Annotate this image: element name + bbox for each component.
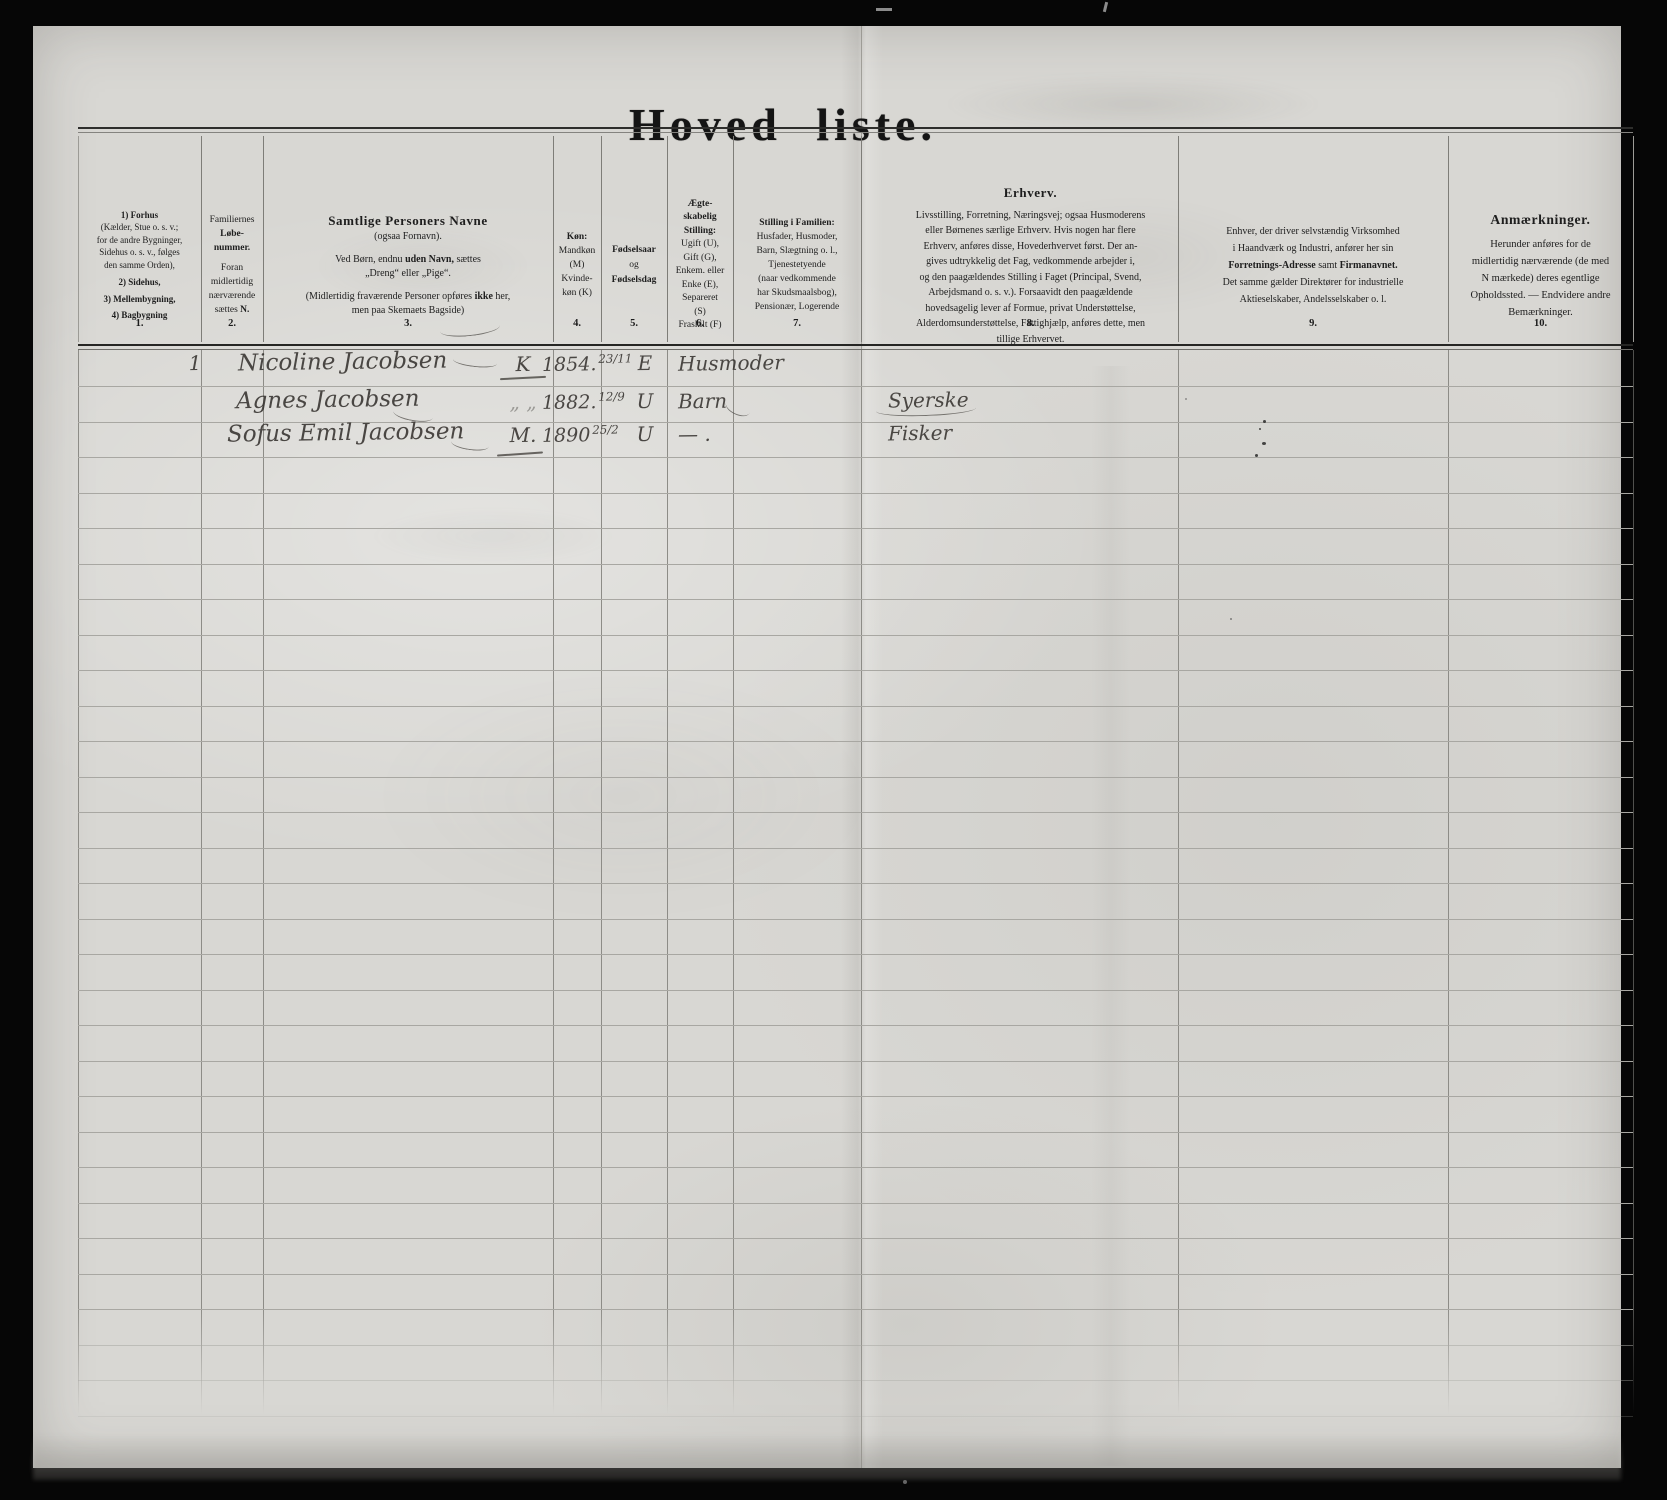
ink-speck bbox=[1263, 420, 1266, 423]
column-header-navne: Samtlige Personers Navne(ogsaa Fornavn).… bbox=[263, 162, 553, 368]
header-line: Ugift (U), bbox=[681, 238, 719, 252]
entry-navn: Sofus Emil Jacobsen bbox=[227, 418, 465, 447]
header-line: Ved Børn, endnu uden Navn, sættes bbox=[335, 253, 481, 268]
table-row-line bbox=[78, 670, 1633, 671]
table-row-line bbox=[78, 1345, 1633, 1346]
header-line: Enhver, der driver selvstændig Virksomhe… bbox=[1226, 223, 1400, 240]
header-line: Erhverv, anføres disse, Hovederhvervet f… bbox=[924, 239, 1138, 255]
entry-stilling-i-familien: — . bbox=[678, 422, 711, 446]
header-line: sættes N. bbox=[215, 303, 250, 317]
table-row-line bbox=[78, 1309, 1633, 1310]
header-line: Erhverv. bbox=[1004, 183, 1058, 203]
header-line: Fødselsdag bbox=[612, 273, 657, 288]
header-line: Stilling i Familien: bbox=[759, 216, 834, 230]
column-divider-header bbox=[1633, 136, 1634, 342]
entry-navn: Nicoline Jacobsen bbox=[238, 348, 448, 377]
table-row-line bbox=[78, 883, 1633, 884]
entry-stilling-i-familien: Husmoder bbox=[678, 350, 784, 375]
column-number: 7. bbox=[733, 318, 861, 329]
column-header-erhverv: Erhverv.Livsstilling, Forretning, Næring… bbox=[883, 162, 1178, 368]
column-divider-body bbox=[733, 350, 734, 1414]
column-divider-body bbox=[263, 350, 264, 1414]
ink-speck bbox=[1262, 442, 1266, 445]
header-line: Opholdssted. — Endvidere andre bbox=[1471, 287, 1611, 304]
column-divider-body bbox=[861, 350, 862, 1414]
bottom-edge-blur bbox=[33, 1434, 1621, 1480]
column-header-kon: Køn:Mandkøn(M)Kvinde-køn (K) bbox=[553, 162, 601, 368]
header-line: nærværende bbox=[209, 289, 255, 303]
table-row-line bbox=[78, 493, 1633, 494]
table-row-line bbox=[78, 1380, 1633, 1381]
column-number: 8. bbox=[883, 318, 1178, 329]
header-line: hovedsagelig lever af Formue, privat Und… bbox=[925, 301, 1135, 317]
column-number: 2. bbox=[201, 318, 263, 329]
header-line: nummer. bbox=[214, 241, 250, 255]
scan-artifact bbox=[903, 1480, 907, 1484]
entry-aegteskabelig-stand: U bbox=[628, 422, 662, 446]
column-header-lobenummer: FamiliernesLøbe-nummer.Foranmidlertidign… bbox=[201, 162, 263, 368]
header-line: Forretnings-Adresse samt Firmanavnet. bbox=[1228, 257, 1397, 274]
entry-stilling-i-familien: Barn bbox=[678, 389, 727, 414]
header-line: Fødselsaar bbox=[612, 243, 656, 258]
column-header-stilling-i-familien: Stilling i Familien:Husfader, Husmoder,B… bbox=[733, 162, 861, 368]
header-line: (S) bbox=[694, 306, 706, 320]
table-row-line bbox=[78, 1238, 1633, 1239]
column-number: 9. bbox=[1178, 318, 1448, 329]
entry-fodsel: 189025/2 bbox=[542, 422, 619, 446]
column-number: 5. bbox=[601, 318, 667, 329]
table-row-line bbox=[78, 1061, 1633, 1062]
header-line: midlertidig nærværende (de med bbox=[1472, 253, 1609, 270]
header-line: gives udtrykkelig det Fag, vedkommende a… bbox=[926, 254, 1135, 270]
header-line: Familiernes bbox=[210, 213, 255, 227]
document-title: Hoved liste. bbox=[78, 98, 1488, 151]
column-divider-body bbox=[1178, 350, 1179, 1414]
secondary-fold-shadow bbox=[1091, 366, 1131, 1466]
column-divider-body bbox=[601, 350, 602, 1414]
header-line: Arbejdsmand o. s. v.). Forsaavidt den pa… bbox=[928, 285, 1132, 301]
entry-kon: „ „ bbox=[500, 390, 546, 415]
table-row-line bbox=[78, 1274, 1633, 1275]
header-line: Enkem. eller bbox=[676, 265, 725, 279]
bleedthrough-smudge bbox=[363, 506, 623, 566]
entry-kon: K bbox=[500, 352, 546, 377]
column-divider-header bbox=[861, 136, 862, 342]
header-line: Aktieselskaber, Andelsselskaber o. l. bbox=[1240, 291, 1387, 308]
entry-kon: M. bbox=[500, 423, 546, 448]
header-line: Mandkøn bbox=[559, 244, 595, 258]
column-header-anmaerkninger: Anmærkninger.Herunder anføres for demidl… bbox=[1448, 162, 1633, 368]
column-header-forretnings-adresse: Enhver, der driver selvstændig Virksomhe… bbox=[1178, 162, 1448, 368]
flourish-after-barn bbox=[723, 395, 753, 419]
column-number: 3. bbox=[263, 318, 553, 329]
column-divider-body bbox=[1633, 350, 1634, 1414]
ink-speck bbox=[1259, 428, 1261, 430]
header-line: N mærkede) deres egentlige bbox=[1481, 270, 1599, 287]
paper-sheet: Hoved liste. 1) Forhus(Kælder, Stue o. s… bbox=[33, 26, 1621, 1468]
underline-kon-K bbox=[500, 376, 546, 380]
top-rule-thin bbox=[78, 132, 1633, 133]
column-header-fodsel: FødselsaarogFødselsdag bbox=[601, 162, 667, 368]
table-row-line bbox=[78, 848, 1633, 849]
entry-aegteskabelig-stand: U bbox=[628, 389, 662, 413]
header-line: skabelig bbox=[683, 211, 716, 225]
header-line: Det samme gælder Direktører for industri… bbox=[1223, 274, 1404, 291]
header-line: Pensionær, Logerende bbox=[755, 300, 840, 314]
header-line: Anmærkninger. bbox=[1490, 209, 1590, 230]
header-line: Enke (E), bbox=[682, 279, 718, 293]
header-line: den samme Orden), bbox=[104, 259, 175, 272]
table-row-line bbox=[78, 457, 1633, 458]
entry-fodsel: 1854.23/11 bbox=[542, 351, 633, 376]
entry-lobenummer: 1 bbox=[183, 351, 207, 375]
table-row-line bbox=[78, 1132, 1633, 1133]
table-row-line bbox=[78, 777, 1633, 778]
column-divider-body bbox=[553, 350, 554, 1414]
column-divider-body bbox=[78, 350, 79, 1414]
header-line: i Haandværk og Industri, anfører her sin bbox=[1233, 240, 1394, 257]
column-divider-body bbox=[201, 350, 202, 1414]
header-line: 2) Sidehus, bbox=[118, 276, 160, 289]
table-row-line bbox=[78, 1416, 1633, 1417]
header-line: Ægte- bbox=[688, 198, 713, 212]
header-line: (naar vedkommende bbox=[758, 272, 836, 286]
flourish-after-name bbox=[450, 435, 489, 452]
header-line: (M) bbox=[570, 258, 585, 272]
header-line: Samtlige Personers Navne bbox=[328, 212, 488, 231]
table-row-line bbox=[78, 1025, 1633, 1026]
column-number: 10. bbox=[1448, 318, 1633, 329]
table-row-line bbox=[78, 954, 1633, 955]
table-row-line bbox=[78, 919, 1633, 920]
header-line: (ogsaa Fornavn). bbox=[374, 230, 442, 245]
header-line: Tjenestetyende bbox=[768, 258, 826, 272]
header-line: Gift (G), bbox=[683, 252, 716, 266]
table-row-line bbox=[78, 741, 1633, 742]
header-line: midlertidig bbox=[211, 275, 253, 289]
header-line: Herunder anføres for de bbox=[1490, 236, 1591, 253]
underline-kon-M bbox=[497, 451, 543, 456]
table-row-line bbox=[78, 706, 1633, 707]
header-line: har Skudsmaalsbog), bbox=[757, 286, 837, 300]
header-line: køn (K) bbox=[562, 286, 592, 300]
header-line: Foran bbox=[221, 261, 243, 275]
ink-speck bbox=[1185, 398, 1187, 400]
column-divider-body bbox=[1448, 350, 1449, 1414]
flourish-under-syerske bbox=[876, 401, 976, 417]
header-line: Husfader, Husmoder, bbox=[757, 230, 838, 244]
table-row-line bbox=[78, 564, 1633, 565]
table-row-line bbox=[78, 1167, 1633, 1168]
column-header-bygning: 1) Forhus(Kælder, Stue o. s. v.;for de a… bbox=[78, 162, 201, 368]
top-rule-thick bbox=[78, 127, 1633, 129]
column-divider-body bbox=[667, 350, 668, 1414]
entry-erhverv: Fisker bbox=[888, 421, 952, 446]
table-row-line bbox=[78, 635, 1633, 636]
table-row-line bbox=[78, 990, 1633, 991]
header-line: tillige Erhvervet. bbox=[997, 332, 1065, 348]
header-line: (Midlertidig fraværende Personer opføres… bbox=[306, 290, 511, 305]
scan-artifact bbox=[876, 8, 892, 11]
header-line: og bbox=[629, 258, 639, 273]
entry-fodsel: 1882.12/9 bbox=[542, 389, 625, 413]
header-line: for de andre Bygninger, bbox=[97, 234, 183, 247]
table-row-line bbox=[78, 528, 1633, 529]
column-number: 4. bbox=[553, 318, 601, 329]
header-line: „Dreng“ eller „Pige“. bbox=[365, 267, 451, 282]
header-line: Løbe- bbox=[220, 227, 244, 241]
header-line: Køn: bbox=[567, 230, 588, 244]
scan-artifact bbox=[1103, 2, 1108, 12]
ink-speck bbox=[1230, 618, 1232, 620]
header-line: men paa Skemaets Bagside) bbox=[352, 304, 464, 319]
table-row-line bbox=[78, 1096, 1633, 1097]
column-number: 6. bbox=[667, 318, 733, 329]
header-line: 3) Mellembygning, bbox=[104, 293, 176, 306]
header-line: 1) Forhus bbox=[121, 209, 158, 222]
scanned-census-page: Hoved liste. 1) Forhus(Kælder, Stue o. s… bbox=[0, 0, 1667, 1500]
header-line: Barn, Slægtning o. l., bbox=[756, 244, 837, 258]
header-line: Sidehus o. s. v., følges bbox=[99, 246, 179, 259]
header-line: Separeret bbox=[682, 292, 718, 306]
entry-aegteskabelig-stand: E bbox=[628, 351, 662, 375]
header-line: og den paagældendes Stilling i Faget (Pr… bbox=[920, 270, 1142, 286]
table-row-line bbox=[78, 1203, 1633, 1204]
header-line: Stilling: bbox=[684, 225, 716, 239]
column-header-aegteskabelig-stilling: Ægte-skabeligStilling:Ugift (U),Gift (G)… bbox=[667, 162, 733, 368]
header-line: eller Børnenes særlige Erhverv. Hvis nog… bbox=[925, 223, 1135, 239]
header-line: (Kælder, Stue o. s. v.; bbox=[101, 221, 179, 234]
table-row-line bbox=[78, 812, 1633, 813]
column-number: 1. bbox=[78, 318, 201, 329]
header-line: Livsstilling, Forretning, Næringsvej; og… bbox=[916, 208, 1145, 224]
entry-navn: Agnes Jacobsen bbox=[236, 386, 420, 415]
table-row-line bbox=[78, 599, 1633, 600]
ink-speck bbox=[1255, 454, 1258, 457]
header-line: Kvinde- bbox=[561, 272, 592, 286]
